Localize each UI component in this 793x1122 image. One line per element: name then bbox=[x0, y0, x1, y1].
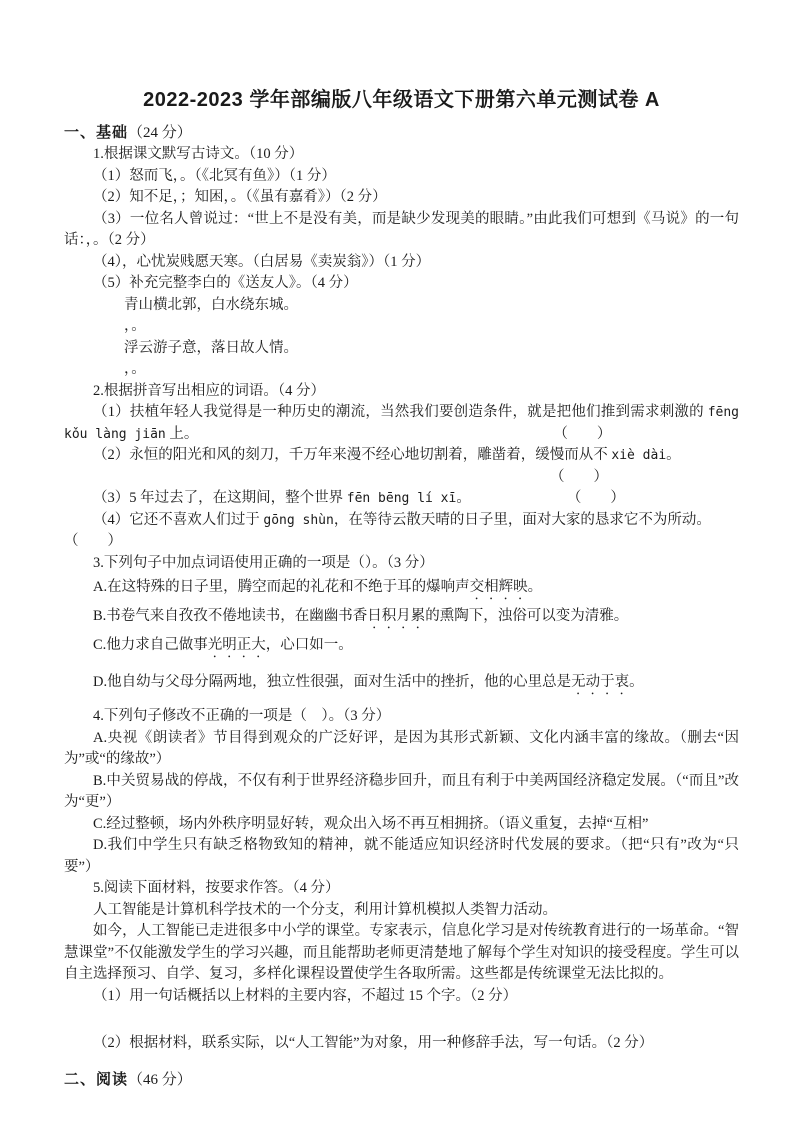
section-reading-heading: 二、阅读（46 分） bbox=[64, 1069, 739, 1091]
section-reading-heading-label: 二、阅读 bbox=[64, 1071, 128, 1088]
q1-item-1: （1）怒而飞，。（《北冥有鱼》）（1 分） bbox=[64, 166, 739, 188]
page-content: 2022-2023 学年部编版八年级语文下册第六单元测试卷 A 一、基础（24 … bbox=[0, 0, 793, 1091]
q2-stem: 2.根据拼音写出相应的词语。（4 分） bbox=[64, 381, 739, 403]
q2-item-1-after: 上。 bbox=[166, 426, 199, 442]
q3-option-b-text: B.书卷气来自孜孜不倦地读书，在幽幽书香 bbox=[93, 608, 367, 624]
q1-poem-line-2: 浮云游子意，落日故人情。 bbox=[64, 338, 739, 360]
q2-item-4: （4）它还不喜欢人们过于 gōng shùn，在等待云散天晴的日子里，面对大家的… bbox=[64, 510, 739, 532]
q2-item-3-answer-bracket: （ ） bbox=[567, 490, 625, 506]
q5-item-2: （2）根据材料，联系实际，以“人工智能”为对象，用一种修辞手法，写一句话。（2 … bbox=[64, 1033, 739, 1055]
q1-item-5: （5）补充完整李白的《送友人》。（4 分） bbox=[64, 273, 739, 295]
q5-material-para-2: 如今，人工智能已走进很多中小学的课堂。专家表示，信息化学习是对传统教育进行的一场… bbox=[64, 921, 739, 986]
q2-item-1: （1）扶植年轻人我觉得是一种历史的潮流，当然我们要创造条件，就是把他们推到需求刺… bbox=[64, 402, 739, 445]
q2-item-4-pinyin: gōng shùn bbox=[263, 513, 333, 528]
q2-item-1-text: （1）扶植年轻人我觉得是一种历史的潮流，当然我们要创造条件，就是把他们推到需求刺… bbox=[93, 404, 708, 420]
q5-item-1: （1）用一句话概括以上材料的主要内容，不超过 15 个字。（2 分） bbox=[64, 986, 739, 1008]
q4-option-b: B.中关贸易战的停战，不仅有利于世界经济稳步回升，而且有利于中美两国经济稳定发展… bbox=[64, 771, 739, 814]
q2-item-2: （2）永恒的阳光和风的刻刀，千万年来漫不经心地切割着，雕凿着，缓慢而从不 xiè… bbox=[64, 445, 739, 467]
q1-item-2: （2）知不足，；知困，。（《虽有嘉肴》）（2 分） bbox=[64, 187, 739, 209]
spacer bbox=[64, 661, 739, 669]
q1-item-3: （3）一位名人曾说过：“世上不是没有美，而是缺少发现美的眼睛。”由此我们可想到《… bbox=[64, 209, 739, 252]
q3-option-b: B.书卷气来自孜孜不倦地读书，在幽幽书香日积月累的熏陶下，浊俗可以变为清雅。 bbox=[64, 603, 739, 632]
spacer bbox=[64, 698, 739, 706]
q1-stem: 1.根据课文默写古诗文。（10 分） bbox=[64, 144, 739, 166]
q2-item-2-pinyin: xiè dài bbox=[611, 448, 666, 463]
q3-option-a-end: 。 bbox=[528, 579, 543, 595]
q5-stem: 5.阅读下面材料，按要求作答。（4 分） bbox=[64, 878, 739, 900]
q2-item-3-after: 。 bbox=[456, 490, 471, 506]
q1-poem-blank-1: ，。 bbox=[64, 316, 739, 338]
q4-stem: 4.下列句子修改不正确的一项是（ ）。（3 分） bbox=[64, 706, 739, 728]
q2-item-4-text: （4）它还不喜欢人们过于 bbox=[93, 512, 263, 528]
q3-option-b-dotted-word: 日积月累 bbox=[367, 608, 425, 624]
q3-option-d: D.他自幼与父母分隔两地，独立性很强，面对生活中的挫折，他的心里总是无动于衷。 bbox=[64, 669, 739, 698]
q3-option-c: C.他力求自己做事光明正大，心口如一。 bbox=[64, 632, 739, 661]
q2-item-1-answer-bracket: （ ） bbox=[553, 426, 611, 442]
section-basic-heading-score: （24 分） bbox=[128, 125, 192, 141]
q2-item-3: （3）5 年过去了，在这期间，整个世界 fēn bēng lí xī。（ ） bbox=[64, 488, 739, 510]
q3-option-d-end: 。 bbox=[629, 674, 644, 690]
q2-item-4-after: ，在等待云散天晴的日子里，面对大家的恳求它不为所动。 bbox=[334, 512, 711, 528]
q2-item-3-pinyin: fēn bēng lí xī bbox=[347, 491, 457, 506]
q3-option-a-dotted-word: 交相辉映 bbox=[470, 579, 528, 595]
q3-option-a: A.在这特殊的日子里，腾空而起的礼花和不绝于耳的爆响声交相辉映。 bbox=[64, 574, 739, 603]
q5-material-para-1: 人工智能是计算机科学技术的一个分支，利用计算机模拟人类智力活动。 bbox=[64, 900, 739, 922]
q2-item-2-text: （2）永恒的阳光和风的刻刀，千万年来漫不经心地切割着，雕凿着，缓慢而从不 bbox=[93, 447, 611, 463]
q3-option-c-end: ，心口如一。 bbox=[266, 637, 353, 653]
section-reading-heading-score: （46 分） bbox=[128, 1072, 192, 1088]
q3-option-c-dotted-word: 光明正大 bbox=[208, 637, 266, 653]
section-basic-heading-label: 一、基础 bbox=[64, 124, 128, 141]
q3-option-b-end: 的熏陶下，浊俗可以变为清雅。 bbox=[425, 608, 628, 624]
answer-space bbox=[64, 1007, 739, 1033]
q2-item-3-text: （3）5 年过去了，在这期间，整个世界 bbox=[93, 490, 347, 506]
q3-option-c-text: C.他力求自己做事 bbox=[93, 637, 208, 653]
q3-option-d-dotted-word: 无动于衷 bbox=[571, 674, 629, 690]
q1-poem-blank-2: ，。 bbox=[64, 359, 739, 381]
q2-item-2-answer-bracket: （ ） bbox=[64, 467, 739, 489]
q1-poem-line-1: 青山横北郭，白水绕东城。 bbox=[64, 295, 739, 317]
page-title: 2022-2023 学年部编版八年级语文下册第六单元测试卷 A bbox=[64, 86, 739, 114]
q4-option-d: D.我们中学生只有缺乏格物致知的精神，就不能适应知识经济时代发展的要求。（把“只… bbox=[64, 835, 739, 878]
q3-option-d-text: D.他自幼与父母分隔两地，独立性很强，面对生活中的挫折，他的心里总是 bbox=[93, 674, 571, 690]
q3-stem: 3.下列句子中加点词语使用正确的一项是（）。（3 分） bbox=[64, 553, 739, 575]
q4-option-a: A.央视《朗读者》节目得到观众的广泛好评，是因为其形式新颖、文化内涵丰富的缘故。… bbox=[64, 728, 739, 771]
test-paper-page: 2022-2023 学年部编版八年级语文下册第六单元测试卷 A 一、基础（24 … bbox=[0, 0, 793, 1122]
q2-item-4-answer-bracket: （ ） bbox=[64, 531, 739, 553]
spacer bbox=[64, 1055, 739, 1069]
q3-option-a-text: A.在这特殊的日子里，腾空而起的礼花和不绝于耳的爆响声 bbox=[93, 579, 470, 595]
section-basic-heading: 一、基础（24 分） bbox=[64, 122, 739, 144]
q1-item-4: （4），心忧炭贱愿天寒。（白居易《卖炭翁》）（1 分） bbox=[64, 252, 739, 274]
q4-option-c: C.经过整顿，场内外秩序明显好转，观众出入场不再互相拥挤。（语义重复，去掉“互相… bbox=[64, 814, 739, 836]
q2-item-2-after: 。 bbox=[666, 447, 681, 463]
